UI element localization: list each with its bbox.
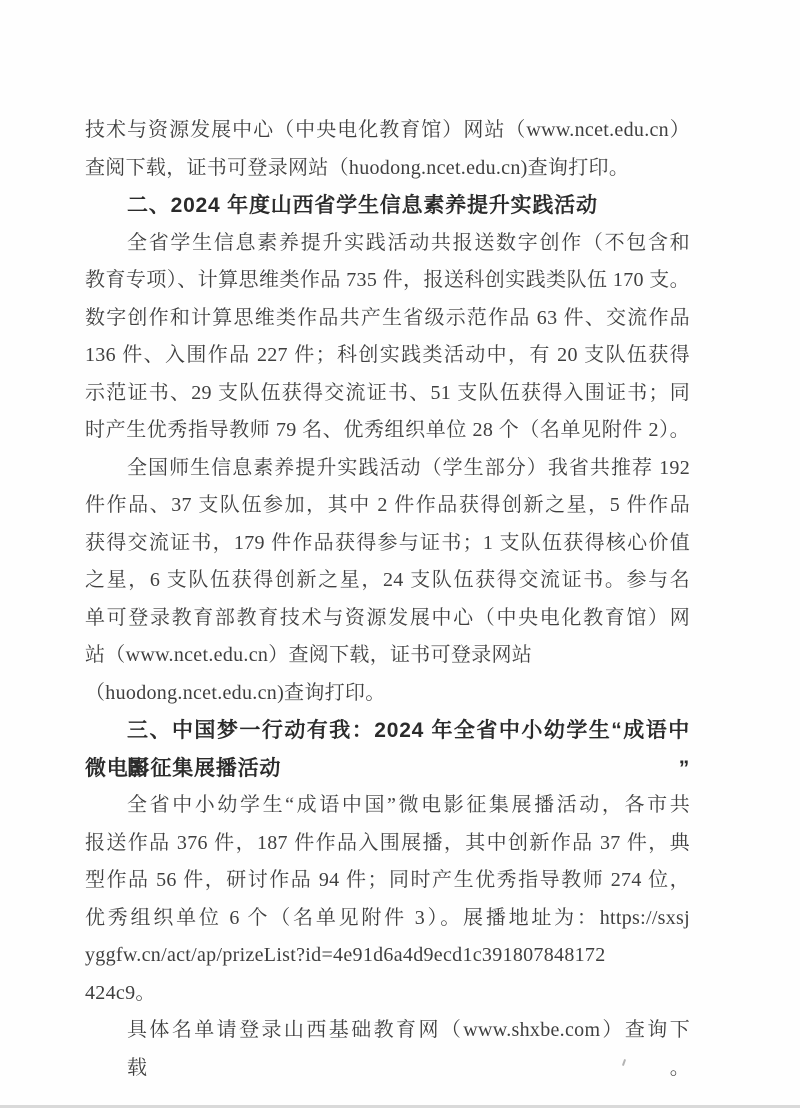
text-line: 时产生优秀指导教师 79 名、优秀组织单位 28 个（名单见附件 2）。 <box>85 412 690 450</box>
document-text-block: 技术与资源发展中心（中央电化教育馆）网站（www.ncet.edu.cn）查阅下… <box>85 112 690 1050</box>
text-line: 教育专项）、计算思维类作品 735 件，报送科创实践类队伍 170 支。 <box>85 262 690 300</box>
text-line: 技术与资源发展中心（中央电化教育馆）网站（www.ncet.edu.cn） <box>85 112 690 150</box>
text-line: 获得交流证书，179 件作品获得参与证书；1 支队伍获得核心价值 <box>85 525 690 563</box>
text-line: 站（www.ncet.edu.cn）查阅下载，证书可登录网站 <box>85 637 690 675</box>
text-line: 数字创作和计算思维类作品共产生省级示范作品 63 件、交流作品 <box>85 300 690 338</box>
text-line: 优秀组织单位 6 个（名单见附件 3）。展播地址为：https://sxsj <box>85 900 690 938</box>
text-line: 全省中小幼学生“成语中国”微电影征集展播活动，各市共 <box>85 787 690 825</box>
text-line: 之星，6 支队伍获得创新之星，24 支队伍获得交流证书。参与名 <box>85 562 690 600</box>
text-line: yggfw.cn/act/ap/prizeList?id=4e91d6a4d9e… <box>85 937 690 975</box>
text-line: 报送作品 376 件，187 件作品入围展播，其中创新作品 37 件，典 <box>85 825 690 863</box>
text-line: 单可登录教育部教育技术与资源发展中心（中央电化教育馆）网 <box>85 600 690 638</box>
text-line: 全省学生信息素养提升实践活动共报送数字创作（不包含和 <box>85 225 690 263</box>
text-line: 示范证书、29 支队伍获得交流证书、51 支队伍获得入围证书；同 <box>85 375 690 413</box>
document-page: 技术与资源发展中心（中央电化教育馆）网站（www.ncet.edu.cn）查阅下… <box>0 0 800 1108</box>
text-line: 查阅下载，证书可登录网站（huodong.ncet.edu.cn)查询打印。 <box>85 150 690 188</box>
text-line: 具体名单请登录山西基础教育网（www.shxbe.com）查询下载。 <box>85 1012 690 1050</box>
text-line: （huodong.ncet.edu.cn)查询打印。 <box>85 675 690 713</box>
section-heading: 二、2024 年度山西省学生信息素养提升实践活动 <box>85 187 690 225</box>
text-line: 424c9。 <box>85 975 690 1013</box>
text-line: 全国师生信息素养提升实践活动（学生部分）我省共推荐 192 <box>85 450 690 488</box>
text-line: 件作品、37 支队伍参加，其中 2 件作品获得创新之星，5 件作品 <box>85 487 690 525</box>
text-line: 136 件、入围作品 227 件；科创实践类活动中，有 20 支队伍获得 <box>85 337 690 375</box>
section-heading: 三、中国梦一行动有我：2024 年全省中小幼学生“成语中国” <box>85 712 690 750</box>
text-line: 型作品 56 件，研讨作品 94 件；同时产生优秀指导教师 274 位， <box>85 862 690 900</box>
